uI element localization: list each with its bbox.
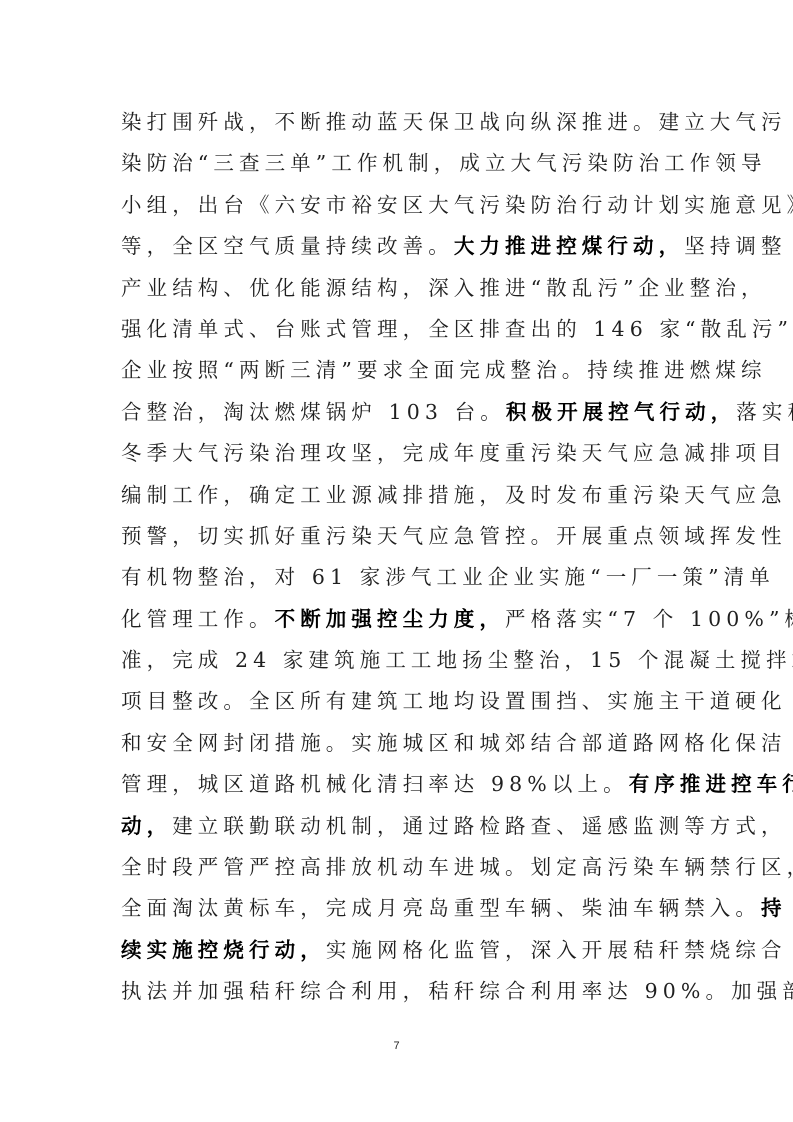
text-line: 小组，出台《六安市裕安区大气污染防治行动计划实施意见》 (121, 185, 681, 226)
text-line: 预警，切实抓好重污染天气应急管控。开展重点领域挥发性 (121, 516, 681, 557)
text-segment: 染打围歼战，不断推动蓝天保卫战向纵深推进。建立大气污 (121, 110, 787, 134)
text-line: 编制工作，确定工业源减排措施，及时发布重污染天气应急 (121, 475, 681, 516)
bold-heading-phrase: 持 (761, 896, 787, 920)
text-line: 染打围歼战，不断推动蓝天保卫战向纵深推进。建立大气污 (121, 102, 681, 143)
text-segment: 实施网格化监管，深入开展秸秆禁烧综合 (326, 938, 787, 962)
bold-heading-phrase: 续实施控烧行动， (121, 938, 326, 962)
text-segment: 企业按照“两断三清”要求全面完成整治。持续推进燃煤综 (121, 358, 767, 382)
text-line: 强化清单式、台账式管理，全区排查出的 146 家“散乱污” (121, 309, 681, 350)
text-segment: 全时段严管严控高排放机动车进城。划定高污染车辆禁行区， (121, 855, 793, 879)
text-line: 全面淘汰黄标车，完成月亮岛重型车辆、柴油车辆禁入。持 (121, 888, 681, 929)
text-segment: 小组，出台《六安市裕安区大气污染防治行动计划实施意见》 (121, 193, 793, 217)
bold-heading-phrase: 不断加强控尘力度， (275, 607, 505, 631)
page-number: 7 (0, 1040, 793, 1052)
text-line: 有机物整治，对 61 家涉气工业企业实施“一厂一策”清单 (121, 557, 681, 598)
text-line: 等，全区空气质量持续改善。大力推进控煤行动，坚持调整 (121, 226, 681, 267)
text-line: 动，建立联勤联动机制，通过路检路查、遥感监测等方式， (121, 806, 681, 847)
text-segment: 有机物整治，对 61 家涉气工业企业实施“一厂一策”清单 (121, 565, 775, 589)
text-segment: 坚持调整 (684, 234, 786, 258)
text-segment: 落实秋 (736, 400, 793, 424)
text-line: 化管理工作。不断加强控尘力度，严格落实“7 个 100%”标 (121, 599, 681, 640)
text-segment: 产业结构、优化能源结构，深入推进“散乱污”企业整治， (121, 276, 767, 300)
text-segment: 冬季大气污染治理攻坚，完成年度重污染天气应急减排项目 (121, 441, 787, 465)
text-line: 执法并加强秸秆综合利用，秸秆综合利用率达 90%。加强部 (121, 971, 681, 1012)
text-segment: 建立联勤联动机制，通过路检路查、遥感监测等方式， (172, 814, 786, 838)
text-segment: 等，全区空气质量持续改善。 (121, 234, 454, 258)
text-segment: 化管理工作。 (121, 607, 275, 631)
text-segment: 和安全网封闭措施。实施城区和城郊结合部道路网格化保洁 (121, 731, 787, 755)
text-segment: 染防治“三查三单”工作机制，成立大气污染防治工作领导 (121, 151, 767, 175)
text-line: 冬季大气污染治理攻坚，完成年度重污染天气应急减排项目 (121, 433, 681, 474)
text-line: 管理，城区道路机械化清扫率达 98%以上。有序推进控车行 (121, 764, 681, 805)
bold-heading-phrase: 动， (121, 814, 172, 838)
text-segment: 编制工作，确定工业源减排措施，及时发布重污染天气应急 (121, 483, 787, 507)
text-line: 准，完成 24 家建筑施工工地扬尘整治，15 个混凝土搅拌站 (121, 640, 681, 681)
text-line: 合整治，淘汰燃煤锅炉 103 台。积极开展控气行动，落实秋 (121, 392, 681, 433)
document-page: 染打围歼战，不断推动蓝天保卫战向纵深推进。建立大气污染防治“三查三单”工作机制，… (0, 0, 793, 1122)
text-line: 项目整改。全区所有建筑工地均设置围挡、实施主干道硬化 (121, 681, 681, 722)
text-segment: 强化清单式、台账式管理，全区排查出的 146 家“散乱污” (121, 317, 793, 341)
text-line: 产业结构、优化能源结构，深入推进“散乱污”企业整治， (121, 268, 681, 309)
text-line: 全时段严管严控高排放机动车进城。划定高污染车辆禁行区， (121, 847, 681, 888)
body-paragraph: 染打围歼战，不断推动蓝天保卫战向纵深推进。建立大气污染防治“三查三单”工作机制，… (121, 102, 681, 1013)
bold-heading-phrase: 有序推进控车行 (629, 772, 793, 796)
text-segment: 执法并加强秸秆综合利用，秸秆综合利用率达 90%。加强部 (121, 979, 793, 1003)
text-segment: 管理，城区道路机械化清扫率达 98%以上。 (121, 772, 629, 796)
text-line: 企业按照“两断三清”要求全面完成整治。持续推进燃煤综 (121, 350, 681, 391)
text-line: 染防治“三查三单”工作机制，成立大气污染防治工作领导 (121, 143, 681, 184)
text-segment: 严格落实“7 个 100%”标 (505, 607, 793, 631)
bold-heading-phrase: 大力推进控煤行动， (454, 234, 684, 258)
text-line: 和安全网封闭措施。实施城区和城郊结合部道路网格化保洁 (121, 723, 681, 764)
text-line: 续实施控烧行动，实施网格化监管，深入开展秸秆禁烧综合 (121, 930, 681, 971)
text-segment: 预警，切实抓好重污染天气应急管控。开展重点领域挥发性 (121, 524, 787, 548)
text-segment: 合整治，淘汰燃煤锅炉 103 台。 (121, 400, 506, 424)
text-segment: 准，完成 24 家建筑施工工地扬尘整治，15 个混凝土搅拌站 (121, 648, 793, 672)
text-segment: 项目整改。全区所有建筑工地均设置围挡、实施主干道硬化 (121, 689, 787, 713)
text-segment: 全面淘汰黄标车，完成月亮岛重型车辆、柴油车辆禁入。 (121, 896, 761, 920)
bold-heading-phrase: 积极开展控气行动， (506, 400, 736, 424)
